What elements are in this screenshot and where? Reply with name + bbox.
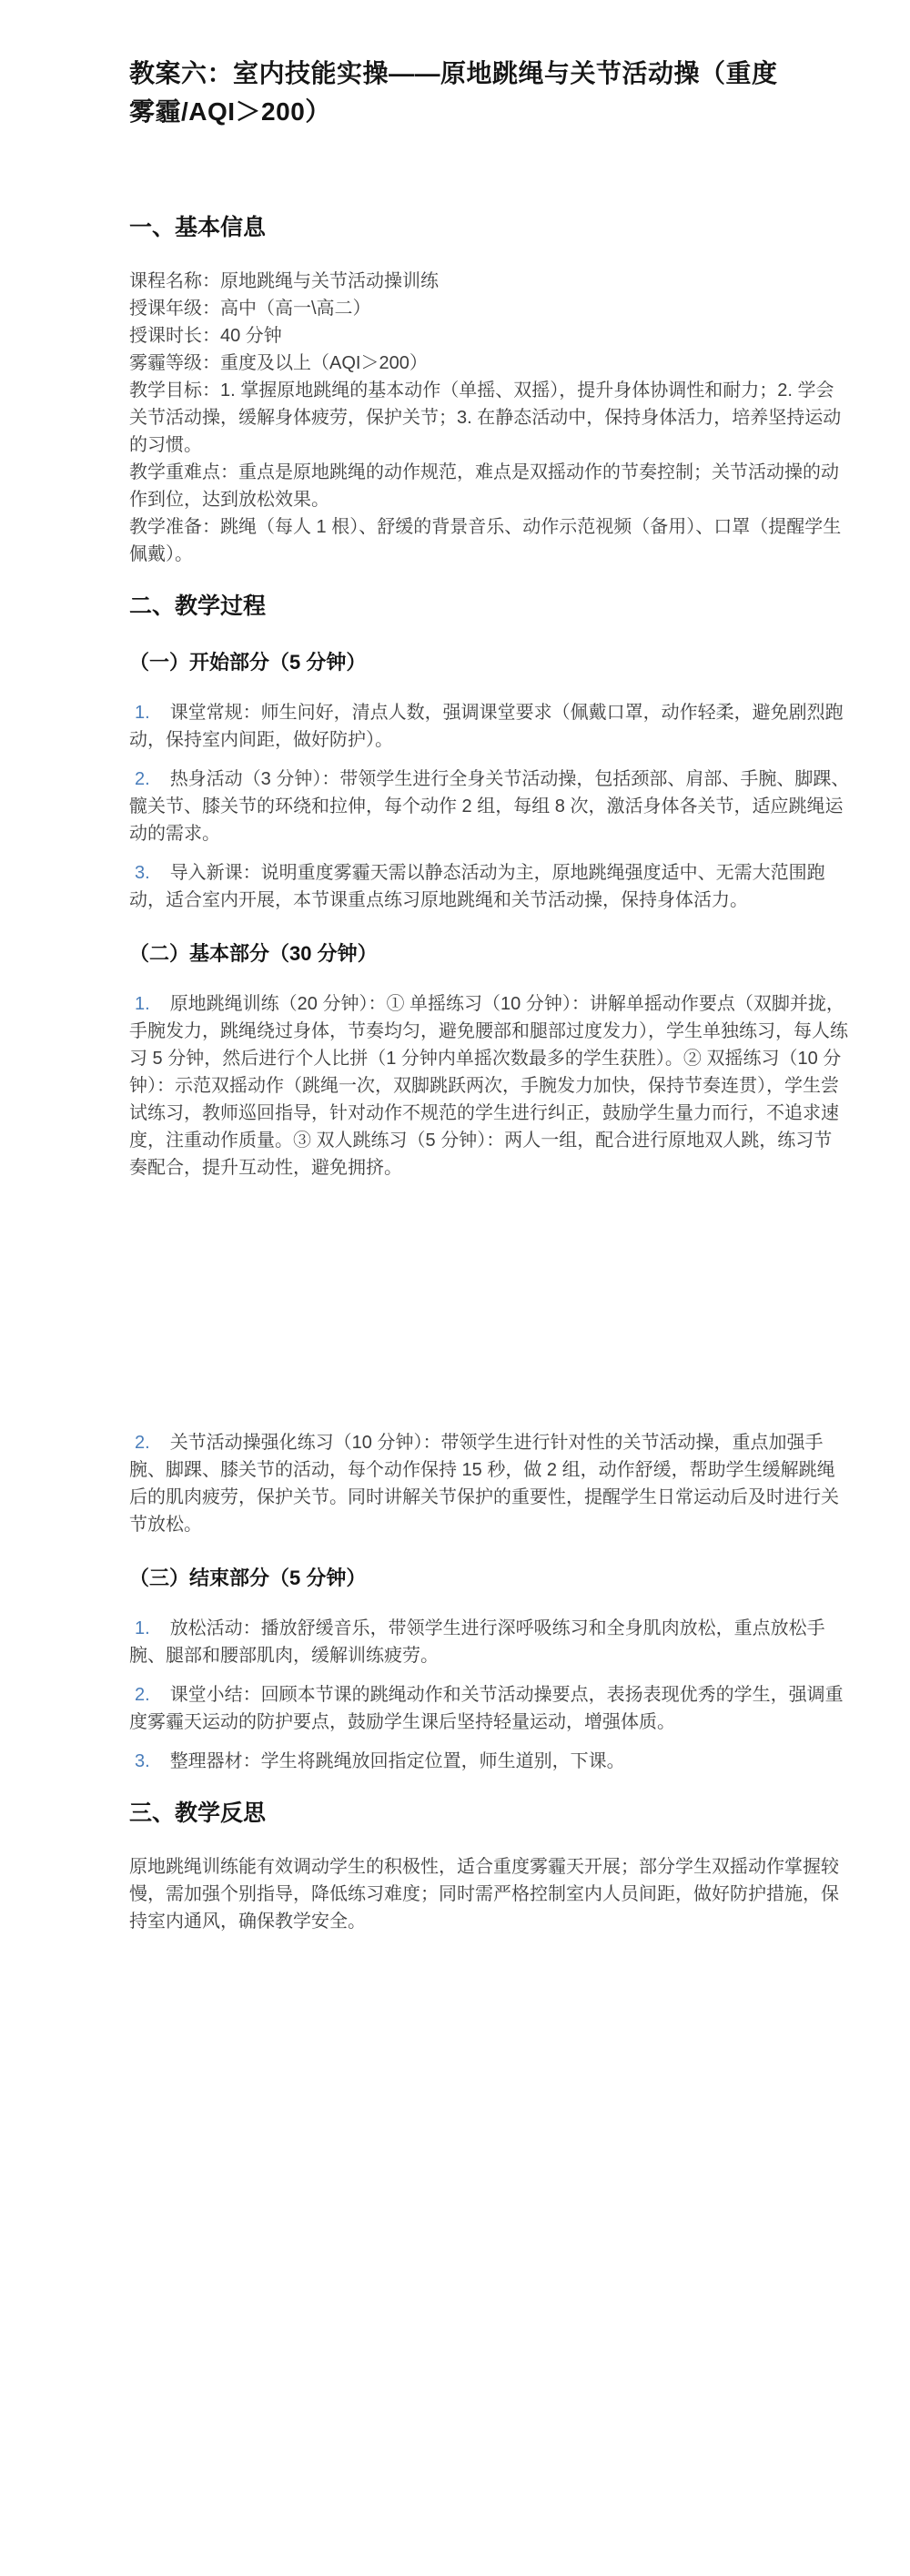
subsection-heading-opening-part: （一）开始部分（5 分钟） bbox=[129, 648, 850, 677]
list-item-text: 课堂小结：回顾本节课的跳绳动作和关节活动操要点，表扬表现优秀的学生，强调重度雾霾… bbox=[129, 1685, 844, 1732]
subsection-heading-main-part: （二）基本部分（30 分钟） bbox=[129, 939, 850, 969]
info-line-course-name: 课程名称：原地跳绳与关节活动操训练 bbox=[129, 268, 850, 295]
list-item-text: 热身活动（3 分钟）：带领学生进行全身关节活动操，包括颈部、肩部、手腕、脚踝、髋… bbox=[129, 769, 849, 844]
list-item-text: 关节活动操强化练习（10 分钟）：带领学生进行针对性的关节活动操，重点加强手腕、… bbox=[129, 1433, 839, 1535]
list-item-text: 放松活动：播放舒缓音乐，带领学生进行深呼吸练习和全身肌肉放松，重点放松手腕、腿部… bbox=[129, 1618, 825, 1666]
list-item-classroom-routine: 1.课堂常规：师生问好，清点人数，强调课堂要求（佩戴口罩，动作轻柔，避免剧烈跑动… bbox=[129, 699, 850, 754]
subsection-heading-ending-part: （三）结束部分（5 分钟） bbox=[129, 1564, 850, 1593]
list-item-class-summary: 2.课堂小结：回顾本节课的跳绳动作和关节活动操要点，表扬表现优秀的学生，强调重度… bbox=[129, 1681, 850, 1736]
list-number: 3. bbox=[135, 863, 150, 883]
list-number: 3. bbox=[135, 1751, 150, 1771]
section-heading-basic-info: 一、基本信息 bbox=[129, 211, 850, 244]
list-number: 1. bbox=[135, 1618, 150, 1638]
section-heading-reflection: 三、教学反思 bbox=[129, 1797, 850, 1830]
list-item-warmup: 2.热身活动（3 分钟）：带领学生进行全身关节活动操，包括颈部、肩部、手腕、脚踝… bbox=[129, 766, 850, 847]
list-item-text: 导入新课：说明重度雾霾天需以静态活动为主，原地跳绳强度适中、无需大范围跑动，适合… bbox=[129, 863, 825, 910]
list-item-lead-in: 3.导入新课：说明重度雾霾天需以静态活动为主，原地跳绳强度适中、无需大范围跑动，… bbox=[129, 859, 850, 914]
info-line-grade: 授课年级：高中（高一\高二） bbox=[129, 295, 850, 322]
list-item-equipment-tidy-up: 3.整理器材：学生将跳绳放回指定位置，师生道别，下课。 bbox=[129, 1748, 850, 1775]
section-heading-teaching-process: 二、教学过程 bbox=[129, 590, 850, 623]
list-item-text: 整理器材：学生将跳绳放回指定位置，师生道别，下课。 bbox=[170, 1751, 625, 1771]
info-line-duration: 授课时长：40 分钟 bbox=[129, 322, 850, 350]
list-number: 1. bbox=[135, 994, 150, 1014]
list-item-joint-exercise-practice: 2.关节活动操强化练习（10 分钟）：带领学生进行针对性的关节活动操，重点加强手… bbox=[129, 1429, 850, 1538]
list-number: 2. bbox=[135, 1433, 150, 1453]
info-line-objectives: 教学目标：1. 掌握原地跳绳的基本动作（单摇、双摇），提升身体协调性和耐力；2.… bbox=[129, 377, 850, 459]
list-item-text: 原地跳绳训练（20 分钟）：① 单摇练习（10 分钟）：讲解单摇动作要点（双脚并… bbox=[129, 994, 848, 1178]
lesson-plan-document: 教案六：室内技能实操——原地跳绳与关节活动操（重度雾霾/AQI＞200） 一、基… bbox=[0, 0, 910, 2576]
list-number: 1. bbox=[135, 703, 150, 723]
list-item-text: 课堂常规：师生问好，清点人数，强调课堂要求（佩戴口罩，动作轻柔，避免剧烈跑动，保… bbox=[129, 703, 844, 750]
info-line-preparation: 教学准备：跳绳（每人 1 根）、舒缓的背景音乐、动作示范视频（备用）、口罩（提醒… bbox=[129, 513, 850, 568]
info-line-smog-level: 雾霾等级：重度及以上（AQI＞200） bbox=[129, 350, 850, 377]
list-item-rope-skipping-training: 1.原地跳绳训练（20 分钟）：① 单摇练习（10 分钟）：讲解单摇动作要点（双… bbox=[129, 990, 850, 1182]
list-item-relaxation: 1.放松活动：播放舒缓音乐，带领学生进行深呼吸练习和全身肌肉放松，重点放松手腕、… bbox=[129, 1615, 850, 1669]
document-title: 教案六：室内技能实操——原地跳绳与关节活动操（重度雾霾/AQI＞200） bbox=[129, 55, 803, 131]
info-line-key-points: 教学重难点：重点是原地跳绳的动作规范，难点是双摇动作的节奏控制；关节活动操的动作… bbox=[129, 459, 850, 513]
reflection-paragraph: 原地跳绳训练能有效调动学生的积极性，适合重度雾霾天开展；部分学生双摇动作掌握较慢… bbox=[129, 1853, 850, 1935]
list-number: 2. bbox=[135, 1685, 150, 1705]
list-number: 2. bbox=[135, 769, 150, 789]
